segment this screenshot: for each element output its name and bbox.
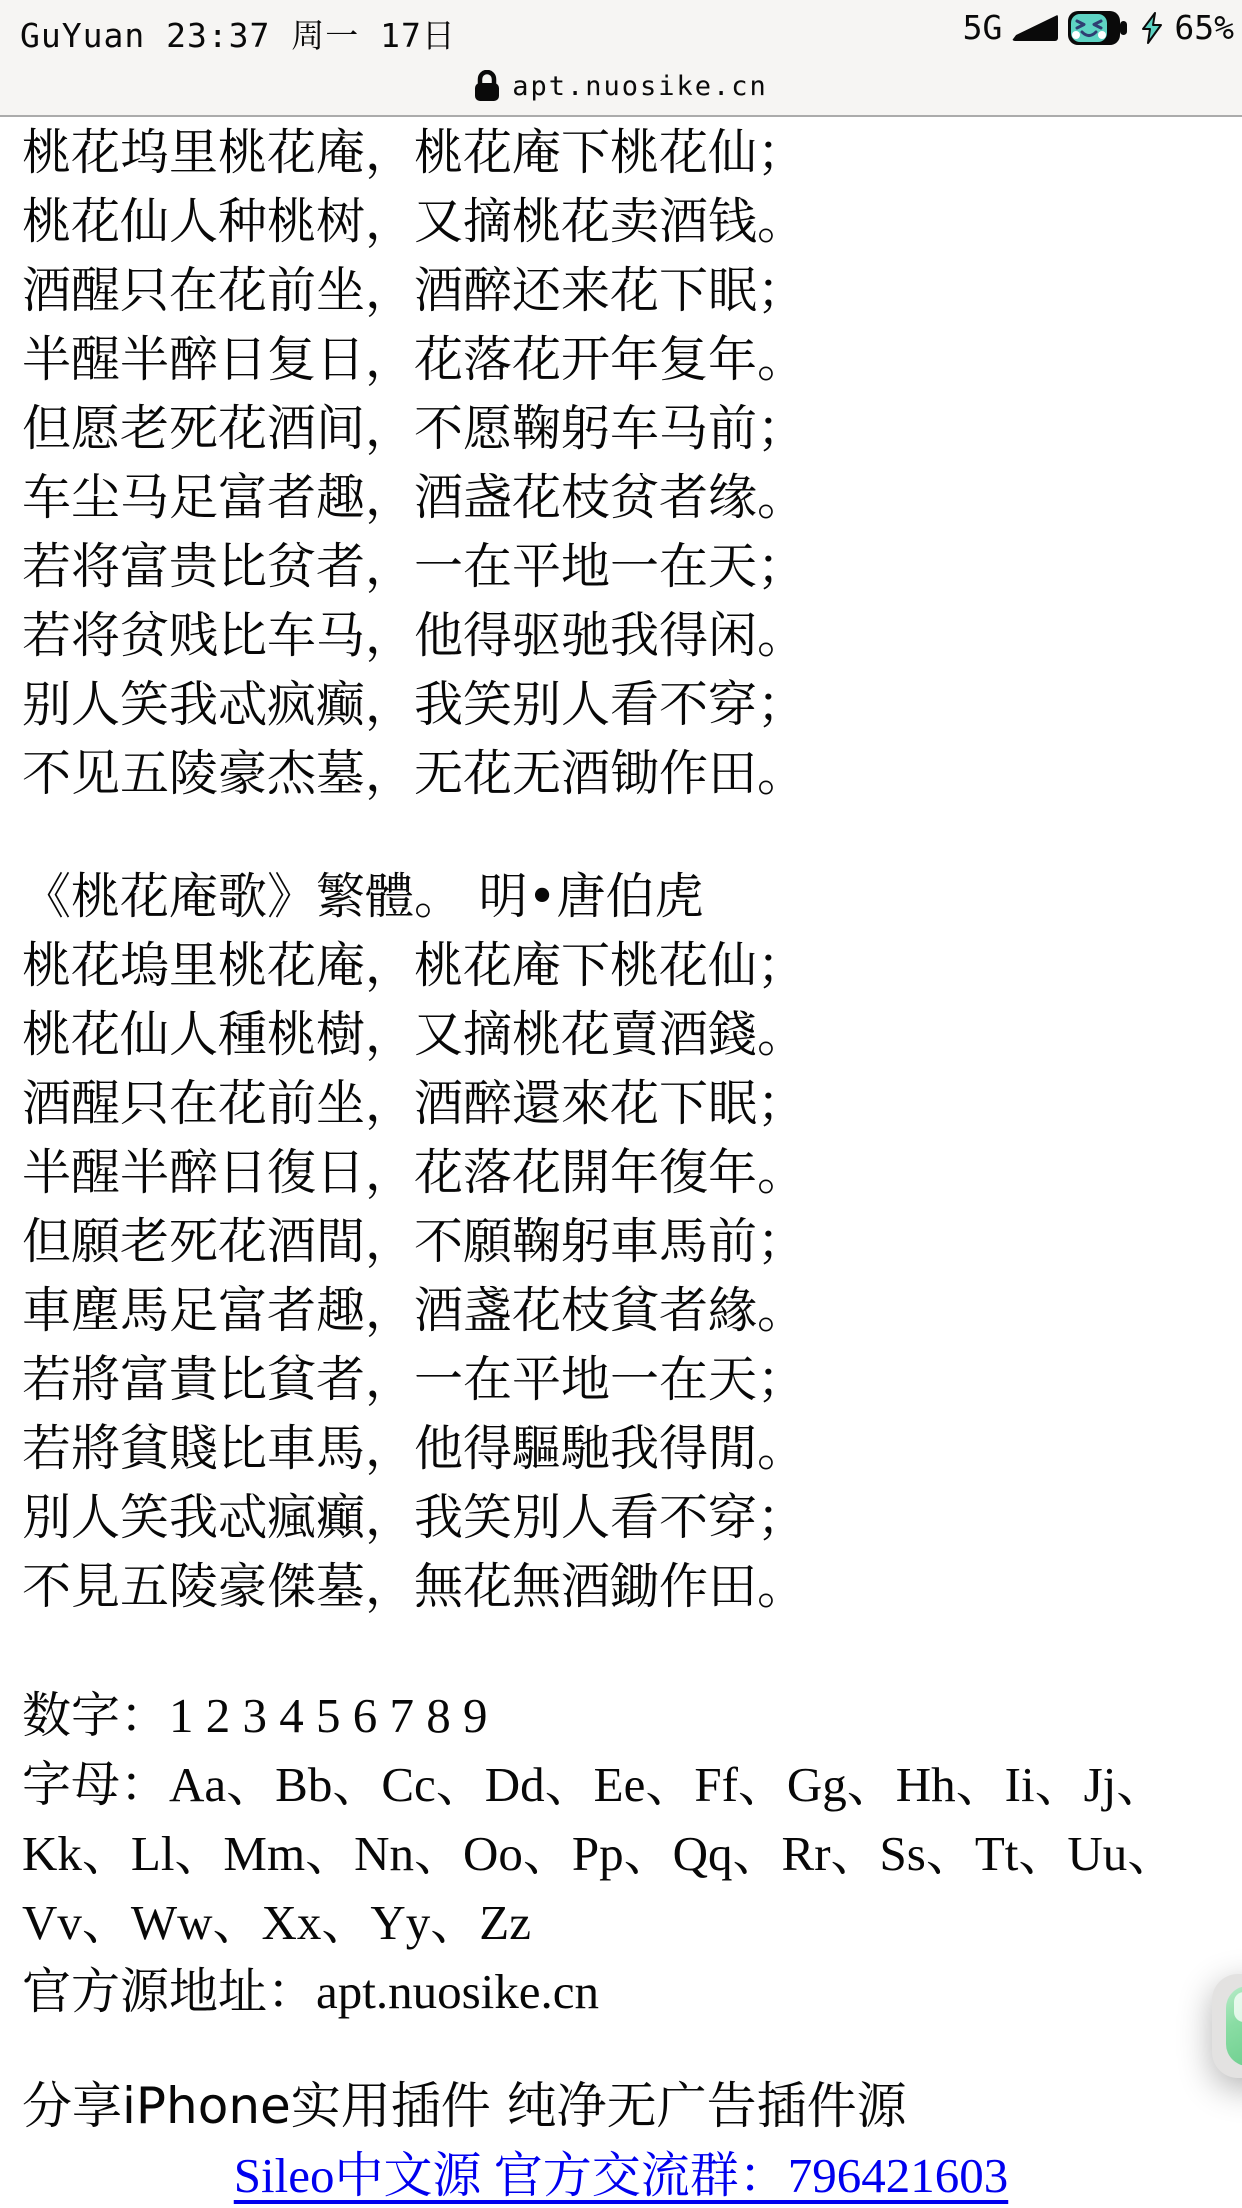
- padlock-icon: [474, 70, 500, 102]
- poem-line: 别人笑我忒疯癫，我笑别人看不穿；: [22, 670, 1242, 739]
- poem-line: 車塵馬足富者趣，酒盞花枝貧者緣。: [22, 1276, 1242, 1345]
- share-description-line: 分享iPhone实用插件 纯净无广告插件源: [22, 2072, 1242, 2141]
- url-domain-label: apt.nuosike.cn: [512, 71, 768, 102]
- letters-line: Kk、Ll、Mm、Nn、Oo、Pp、Qq、Rr、Ss、Tt、Uu、: [22, 1819, 1242, 1888]
- poem-line: 若將富貴比貧者，一在平地一在天；: [22, 1345, 1242, 1414]
- battery-percent-label: 65%: [1174, 8, 1234, 47]
- floating-assistive-button[interactable]: [1212, 1974, 1242, 2078]
- poem-line: 半醒半醉日復日，花落花開年復年。: [22, 1138, 1242, 1207]
- sileo-link-line: Sileo中文源 官方交流群：796421603: [22, 2141, 1220, 2208]
- poem-line: 不見五陵豪傑墓，無花無酒鋤作田。: [22, 1552, 1242, 1621]
- status-bar: GuYuan 23:37 周一 17日 5G 65%: [0, 6, 1242, 50]
- sileo-group-link[interactable]: Sileo中文源 官方交流群：796421603: [234, 2148, 1008, 2203]
- battery-emoji-icon: [1068, 10, 1130, 46]
- poem-line: 酒醒只在花前坐，酒醉还来花下眠；: [22, 256, 1242, 325]
- poem-line: 若将贫贱比车马，他得驱驰我得闲。: [22, 601, 1242, 670]
- poem-line: 但願老死花酒間，不願鞠躬車馬前；: [22, 1207, 1242, 1276]
- poem-line: 桃花仙人種桃樹，又摘桃花賣酒錢。: [22, 1000, 1242, 1069]
- poem-line: 半醒半醉日复日，花落花开年复年。: [22, 325, 1242, 394]
- traditional-section-title: 《桃花庵歌》繁體。 明•唐伯虎: [22, 862, 1242, 931]
- poem-line: 不见五陵豪杰墓，无花无酒锄作田。: [22, 739, 1242, 808]
- status-right-cluster: 5G 65%: [963, 8, 1234, 47]
- carrier-time-date-label: GuYuan 23:37 周一 17日: [20, 10, 456, 57]
- poem-line: 但愿老死花酒间，不愿鞠躬车马前；: [22, 394, 1242, 463]
- poem-line: 桃花塢里桃花庵，桃花庵下桃花仙；: [22, 931, 1242, 1000]
- poem-simplified-block: 桃花坞里桃花庵，桃花庵下桃花仙；桃花仙人种桃树，又摘桃花卖酒钱。酒醒只在花前坐，…: [22, 118, 1242, 808]
- poem-line: 若將貧賤比車馬，他得驅馳我得閒。: [22, 1414, 1242, 1483]
- url-bar[interactable]: apt.nuosike.cn: [0, 64, 1242, 108]
- green-capsule-icon: [1226, 1986, 1242, 2066]
- letters-test-lines: 字母：Aa、Bb、Cc、Dd、Ee、Ff、Gg、Hh、Ii、Jj、Kk、Ll、M…: [22, 1750, 1242, 1957]
- browser-header: GuYuan 23:37 周一 17日 5G 65%: [0, 0, 1242, 117]
- poem-line: 若将富贵比贫者，一在平地一在天；: [22, 532, 1242, 601]
- letters-line: 字母：Aa、Bb、Cc、Dd、Ee、Ff、Gg、Hh、Ii、Jj、: [22, 1750, 1242, 1819]
- poem-line: 桃花坞里桃花庵，桃花庵下桃花仙；: [22, 118, 1242, 187]
- poem-traditional-block: 桃花塢里桃花庵，桃花庵下桃花仙；桃花仙人種桃樹，又摘桃花賣酒錢。酒醒只在花前坐，…: [22, 931, 1242, 1621]
- browser-screen: GuYuan 23:37 周一 17日 5G 65%: [0, 0, 1242, 2208]
- font-test-block: 数字：1 2 3 4 5 6 7 8 9 字母：Aa、Bb、Cc、Dd、Ee、F…: [22, 1681, 1242, 2026]
- poem-line: 桃花仙人种桃树，又摘桃花卖酒钱。: [22, 187, 1242, 256]
- official-source-line: 官方源地址：apt.nuosike.cn: [22, 1957, 1242, 2026]
- page-content: 桃花坞里桃花庵，桃花庵下桃花仙；桃花仙人种桃树，又摘桃花卖酒钱。酒醒只在花前坐，…: [0, 118, 1242, 2208]
- signal-strength-icon: [1012, 14, 1058, 41]
- poem-line: 別人笑我忒瘋癲，我笑別人看不穿；: [22, 1483, 1242, 1552]
- letters-line: Vv、Ww、Xx、Yy、Zz: [22, 1888, 1242, 1957]
- network-type-label: 5G: [963, 8, 1003, 47]
- poem-line: 车尘马足富者趣，酒盏花枝贫者缘。: [22, 463, 1242, 532]
- poem-line: 酒醒只在花前坐，酒醉還來花下眠；: [22, 1069, 1242, 1138]
- numbers-test-line: 数字：1 2 3 4 5 6 7 8 9: [22, 1681, 1242, 1750]
- charging-bolt-icon: [1140, 12, 1164, 44]
